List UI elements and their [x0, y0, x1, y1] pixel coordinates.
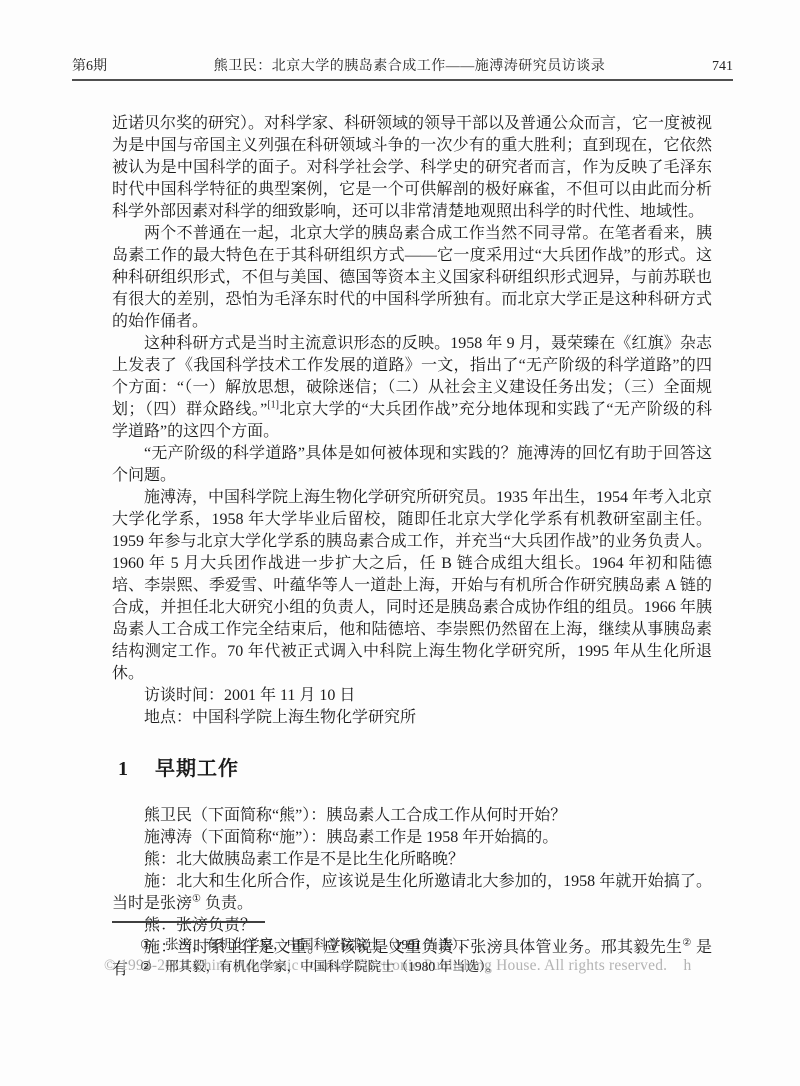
footnote-1-marker: ①	[140, 934, 152, 956]
journal-page: 第6期 熊卫民：北京大学的胰岛素合成工作——施溥涛研究员访谈录 741 近诺贝尔…	[0, 0, 800, 1086]
section-number: 1	[118, 758, 129, 780]
dialog-text: 负责。	[201, 895, 253, 912]
running-title: 熊卫民：北京大学的胰岛素合成工作——施溥涛研究员访谈录	[107, 58, 712, 76]
biography-paragraph: 施溥涛，中国科学院上海生物化学研究所研究员。1935 年出生，1954 年考入北…	[112, 487, 712, 685]
dialog-line: 熊：北大做胰岛素工作是不是比生化所略晚？	[112, 849, 712, 871]
footnote-1-text: 张滂，有机化学家，中国科学院院士（1991 当选）。	[165, 937, 472, 952]
dialog-line: 熊卫民（下面简称“熊”）：胰岛素人工合成工作从何时开始？	[112, 805, 712, 827]
dialog-line: 施：北大和生化所合作，应该说是生化所邀请北大参加的，1958 年就开始搞了。当时…	[112, 871, 712, 915]
section-title: 早期工作	[155, 758, 239, 780]
page-number: 741	[712, 58, 733, 76]
footnote-2-text: 邢其毅，有机化学家，中国科学院院士（1980 年当选）。	[165, 959, 499, 974]
page-header: 第6期 熊卫民：北京大学的胰岛素合成工作——施溥涛研究员访谈录 741	[72, 58, 733, 81]
interview-place: 地点：中国科学院上海生物化学研究所	[112, 707, 712, 729]
issue-number: 第6期	[72, 58, 107, 76]
footnote-2: ②邢其毅，有机化学家，中国科学院院士（1980 年当选）。	[112, 956, 712, 978]
interview-time: 访谈时间：2001 年 11 月 10 日	[112, 685, 712, 707]
dialog-line: 施溥涛（下面简称“施”）：胰岛素工作是 1958 年开始搞的。	[112, 827, 712, 849]
footnote-2-marker: ②	[140, 956, 152, 978]
reference-marker-1: [1]	[267, 400, 279, 411]
footnote-marker-1: ①	[192, 894, 201, 905]
footnotes: ①张滂，有机化学家，中国科学院院士（1991 当选）。 ②邢其毅，有机化学家，中…	[112, 934, 712, 978]
article-body: 近诺贝尔奖的研究）。对科学家、科研领域的领导干部以及普通公众而言，它一度被视为是…	[112, 113, 712, 981]
footnote-1: ①张滂，有机化学家，中国科学院院士（1991 当选）。	[112, 934, 712, 956]
footnote-separator	[112, 921, 265, 923]
intro-paragraph-2: 两个不普通在一起，北京大学的胰岛素合成工作当然不同寻常。在笔者看来，胰岛素工作的…	[112, 223, 712, 333]
intro-paragraph-1: 近诺贝尔奖的研究）。对科学家、科研领域的领导干部以及普通公众而言，它一度被视为是…	[112, 113, 712, 223]
intro-paragraph-4: “无产阶级的科学道路”具体是如何被体现和实践的？施溥涛的回忆有助于回答这个问题。	[112, 443, 712, 487]
intro-paragraph-3: 这种科研方式是当时主流意识形态的反映。1958 年 9 月，聂荣臻在《红旗》杂志…	[112, 333, 712, 443]
section-heading: 1早期工作	[112, 755, 712, 783]
